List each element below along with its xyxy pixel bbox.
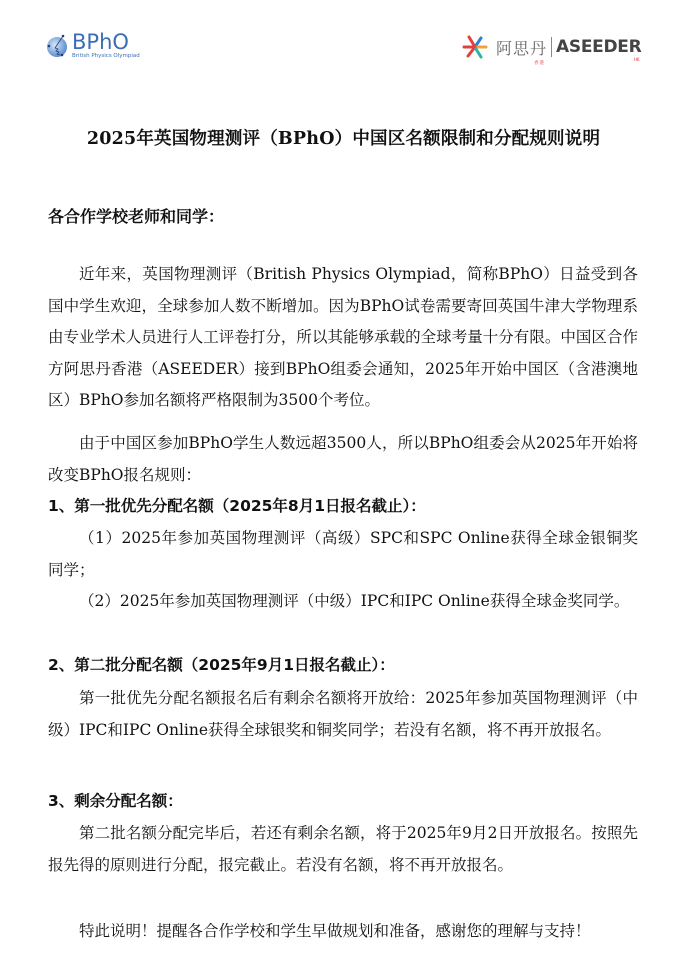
section-1-item-1: （1）2025年参加英国物理测评（高级）SPC和SPC Online获得全球金银… xyxy=(48,523,638,586)
globe-atom-icon xyxy=(46,34,70,58)
aseeder-en-name: ASEEDERHK xyxy=(556,37,641,57)
aseeder-logo: 阿思丹香港 ASEEDERHK xyxy=(462,34,641,60)
logo-divider xyxy=(551,37,552,57)
bpho-subtitle: British Physics Olympiad xyxy=(72,54,140,60)
aseeder-en-sub: HK xyxy=(634,58,640,63)
section-1-heading: 1、第一批优先分配名额（2025年8月1日报名截止）： xyxy=(48,491,426,522)
section-3-heading: 3、剩余分配名额： xyxy=(48,786,183,817)
section-3-text: 第二批名额分配完毕后，若还有剩余名额，将于2025年9月2日开放报名。按照先报先… xyxy=(48,818,638,881)
intro-paragraph: 近年来，英国物理测评（British Physics Olympiad，简称BP… xyxy=(48,259,638,417)
section-2-text: 第一批优先分配名额报名后有剩余名额将开放给：2025年参加英国物理测评（中级）I… xyxy=(48,683,638,746)
document-header: BPhO British Physics Olympiad 阿思丹香港 ASEE… xyxy=(0,0,687,80)
section-2-heading: 2、第二批分配名额（2025年9月1日报名截止）： xyxy=(48,650,395,681)
bpho-wordmark: BPhO xyxy=(72,32,140,53)
salutation: 各合作学校老师和同学： xyxy=(48,204,224,227)
aseeder-cn-name: 阿思丹香港 xyxy=(496,36,547,59)
closing-remark: 特此说明！提醒各合作学校和学生早做规划和准备，感谢您的理解与支持！ xyxy=(79,916,591,947)
bpho-logo: BPhO British Physics Olympiad xyxy=(46,32,140,60)
section-1-item-2: （2）2025年参加英国物理测评（中级）IPC和IPC Online获得全球金奖… xyxy=(48,586,638,618)
document-title: 2025年英国物理测评（BPhO）中国区名额限制和分配规则说明 xyxy=(0,125,687,150)
rule-change-paragraph: 由于中国区参加BPhO学生人数远超3500人，所以BPhO组委会从2025年开始… xyxy=(48,428,638,491)
spark-burst-icon xyxy=(462,34,488,60)
aseeder-cn-sub: 香港 xyxy=(534,60,545,66)
